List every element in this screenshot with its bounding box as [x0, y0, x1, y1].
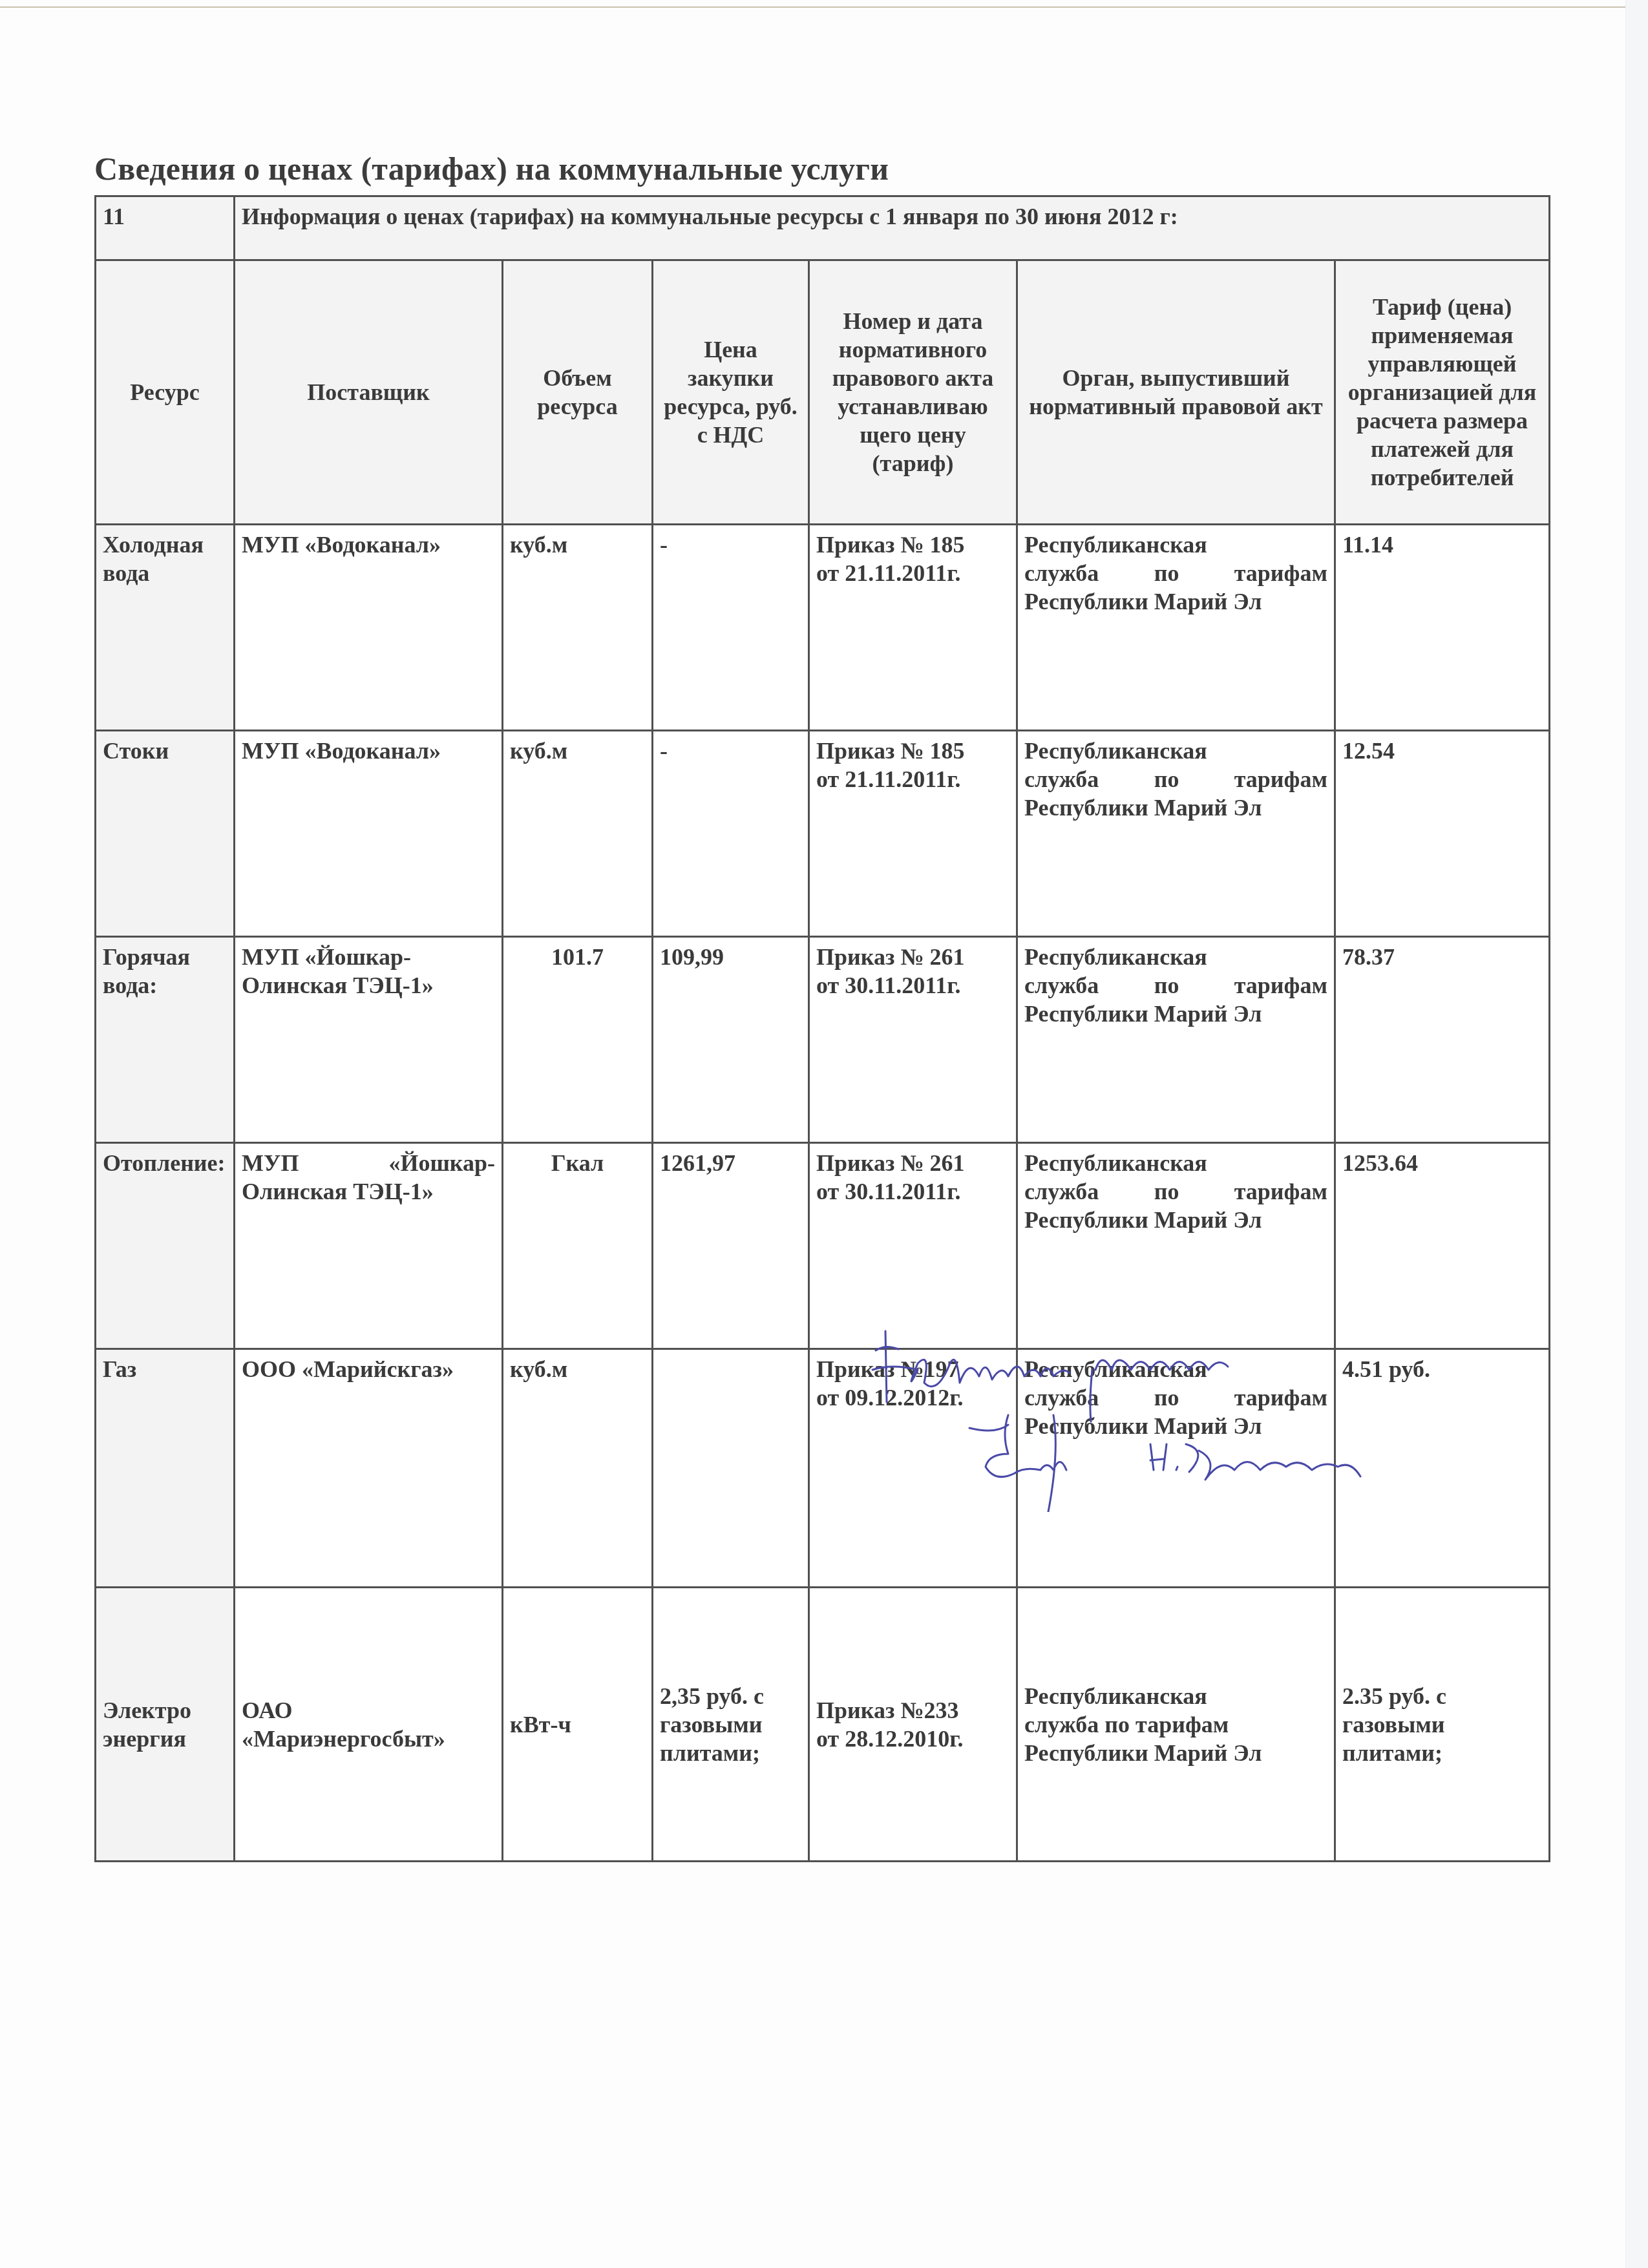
act-line: от 21.11.2011г. [816, 559, 1009, 587]
section-row: 11 Информация о ценах (тарифах) на комму… [96, 196, 1550, 260]
table-row: СтокиМУП «Водоканал»куб.м-Приказ № 185от… [96, 731, 1550, 937]
issuer-line: Республиканская [1024, 943, 1327, 971]
cell-act: Приказ № 185от 21.11.2011г. [809, 731, 1017, 937]
cell-purchase-price: - [653, 731, 809, 937]
issuer-line: Республики Марий Эл [1024, 1206, 1327, 1234]
act-line: Приказ № 185 [816, 737, 1009, 765]
cell-issuer: Республиканскаяслужба по тарифамРеспубли… [1017, 525, 1335, 731]
cell-tariff: 78.37 [1335, 937, 1550, 1143]
cell-resource: Отопление: [96, 1143, 235, 1349]
col-header-tariff: Тариф (цена) применяемая управляющей орг… [1335, 260, 1550, 525]
col-header-supplier: Поставщик [235, 260, 503, 525]
cell-purchase-price: 109,99 [653, 937, 809, 1143]
issuer-line: служба по тарифам [1024, 765, 1327, 793]
scan-edge [0, 6, 1625, 8]
cell-supplier: МУП «Водоканал» [235, 731, 503, 937]
section-number: 11 [96, 196, 235, 260]
scan-margin [1625, 0, 1648, 2268]
issuer-line: Республиканская [1024, 737, 1327, 765]
act-line: от 21.11.2011г. [816, 765, 1009, 793]
cell-resource: Газ [96, 1349, 235, 1588]
cell-act: Приказ № 261от 30.11.2011г. [809, 937, 1017, 1143]
issuer-line: Республики Марий Эл [1024, 587, 1327, 616]
cell-purchase-price [653, 1349, 809, 1588]
issuer-line: служба по тарифам [1024, 559, 1327, 587]
cell-volume: куб.м [503, 1349, 653, 1588]
section-caption: Информация о ценах (тарифах) на коммунал… [235, 196, 1550, 260]
issuer-line: Республиканская [1024, 1149, 1327, 1177]
cell-supplier: МУП «Водоканал» [235, 525, 503, 731]
cell-tariff: 2.35 руб. с газовыми плитами; [1335, 1588, 1550, 1862]
issuer-line: Республиканская [1024, 530, 1327, 559]
cell-purchase-price: 1261,97 [653, 1143, 809, 1349]
cell-resource: Электро энергия [96, 1588, 235, 1862]
act-line: от 28.12.2010г. [816, 1725, 1009, 1753]
cell-resource: Холодная вода [96, 525, 235, 731]
cell-supplier: ООО «Марийскгаз» [235, 1349, 503, 1588]
cell-act: Приказ № 185от 21.11.2011г. [809, 525, 1017, 731]
document-title: Сведения о ценах (тарифах) на коммунальн… [94, 150, 889, 187]
act-line: Приказ № 261 [816, 943, 1009, 971]
cell-volume: куб.м [503, 525, 653, 731]
issuer-line: служба по тарифам [1024, 1177, 1327, 1206]
issuer-line: служба по тарифам [1024, 1710, 1327, 1739]
cell-volume: 101.7 [503, 937, 653, 1143]
cell-purchase-price: - [653, 525, 809, 731]
cell-resource: Горячая вода: [96, 937, 235, 1143]
cell-volume: Гкал [503, 1143, 653, 1349]
cell-resource: Стоки [96, 731, 235, 937]
act-line: Приказ №233 [816, 1696, 1009, 1725]
act-line: от 30.11.2011г. [816, 971, 1009, 1000]
act-line: Приказ № 261 [816, 1149, 1009, 1177]
issuer-line: Республики Марий Эл [1024, 1739, 1327, 1767]
cell-volume: куб.м [503, 731, 653, 937]
issuer-line: Республики Марий Эл [1024, 793, 1327, 822]
col-header-act: Номер и дата нормативного правового акта… [809, 260, 1017, 525]
cell-supplier: МУП «Йошкар-Олинская ТЭЦ-1» [235, 937, 503, 1143]
tariff-table: 11 Информация о ценах (тарифах) на комму… [94, 195, 1550, 1862]
cell-tariff: 11.14 [1335, 525, 1550, 731]
table-row: Горячая вода:МУП «Йошкар-Олинская ТЭЦ-1»… [96, 937, 1550, 1143]
cell-supplier: ОАО «Мариэнергосбыт» [235, 1588, 503, 1862]
cell-tariff: 12.54 [1335, 731, 1550, 937]
col-header-volume: Объем ресурса [503, 260, 653, 525]
cell-act: Приказ №233от 28.12.2010г. [809, 1588, 1017, 1862]
table-row: Холодная водаМУП «Водоканал»куб.м-Приказ… [96, 525, 1550, 731]
cell-supplier: МУП «Йошкар-Олинская ТЭЦ-1» [235, 1143, 503, 1349]
handwritten-signature [847, 1305, 1558, 1512]
table-row: Электро энергияОАО «Мариэнергосбыт»кВт-ч… [96, 1588, 1550, 1862]
cell-issuer: Республиканскаяслужба по тарифамРеспубли… [1017, 1588, 1335, 1862]
issuer-line: Республики Марий Эл [1024, 1000, 1327, 1028]
cell-issuer: Республиканскаяслужба по тарифамРеспубли… [1017, 731, 1335, 937]
col-header-resource: Ресурс [96, 260, 235, 525]
act-line: от 30.11.2011г. [816, 1177, 1009, 1206]
cell-volume: кВт-ч [503, 1588, 653, 1862]
col-header-issuer: Орган, выпустивший нормативный правовой … [1017, 260, 1335, 525]
issuer-line: служба по тарифам [1024, 971, 1327, 1000]
cell-purchase-price: 2,35 руб. с газовыми плитами; [653, 1588, 809, 1862]
issuer-line: Республиканская [1024, 1682, 1327, 1710]
act-line: Приказ № 185 [816, 530, 1009, 559]
header-row: Ресурс Поставщик Объем ресурса Цена заку… [96, 260, 1550, 525]
cell-issuer: Республиканскаяслужба по тарифамРеспубли… [1017, 937, 1335, 1143]
col-header-purchase-price: Цена закупки ресурса, руб. с НДС [653, 260, 809, 525]
